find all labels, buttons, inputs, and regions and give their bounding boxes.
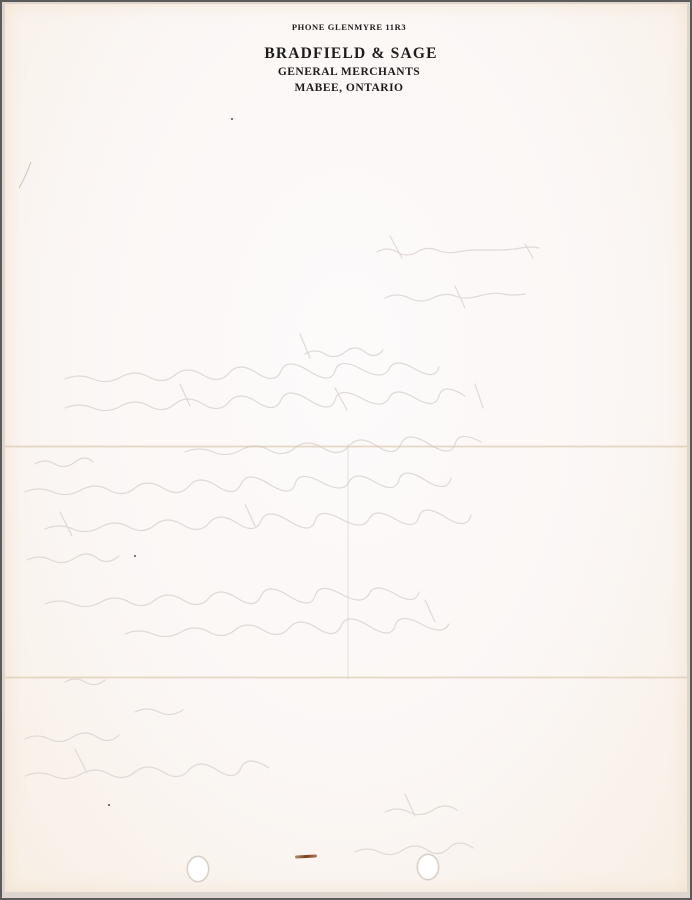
letterhead-trade: GENERAL MERCHANTS: [11, 66, 687, 78]
fold-line-lower: [5, 676, 687, 679]
letterhead-location: MABEE, ONTARIO: [11, 82, 687, 94]
fold-line-vertical: [347, 444, 349, 679]
letterhead-firm-name: BRADFIELD & SAGE: [15, 45, 687, 63]
speck: [108, 804, 110, 806]
punch-hole-left: [188, 857, 208, 881]
speck: [134, 555, 136, 557]
letter-sheet: PHONE GLENMYRE 11R3 BRADFIELD & SAGE GEN…: [5, 4, 687, 892]
letterhead-phone: PHONE GLENMYRE 11R3: [11, 22, 687, 32]
speck: [231, 118, 233, 120]
punch-hole-right: [418, 855, 438, 879]
letterhead: PHONE GLENMYRE 11R3 BRADFIELD & SAGE GEN…: [5, 22, 687, 94]
fold-line-upper: [5, 445, 687, 448]
handwriting-bleed-through: [5, 4, 687, 892]
